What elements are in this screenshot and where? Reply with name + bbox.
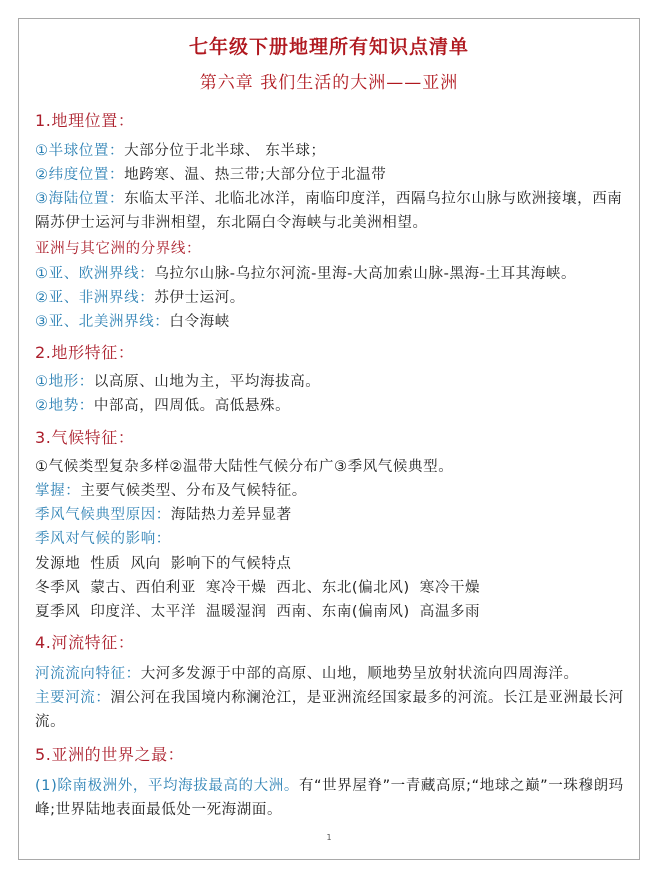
- climate-summary: ①气候类型复杂多样②温带大陆性气候分布广③季风气候典型。: [35, 455, 625, 479]
- list-item-landform: ①地形：以高原、山地为主，平均海拔高。: [35, 370, 625, 394]
- item-text: 主要气候类型、分布及气候特征。: [80, 483, 307, 499]
- item-label: ②纬度位置：: [35, 167, 124, 183]
- page-number: 1: [19, 833, 639, 842]
- table-header-cell: 发源地: [35, 552, 80, 576]
- document-title: 七年级下册地理所有知识点清单: [19, 33, 639, 61]
- item-text: 湄公河在我国境内称澜沧江，是亚洲流经国家最多的河流。长江是亚洲最长河流。: [35, 690, 624, 730]
- table-cell: 冬季风: [35, 576, 80, 600]
- table-header-cell: 风向: [131, 552, 161, 576]
- item-text: 中部高，四周低。高低悬殊。: [94, 398, 290, 414]
- item-label: ②亚、非洲界线：: [35, 290, 154, 306]
- boundary-heading-text: 亚洲与其它洲的分界线：: [35, 241, 201, 257]
- list-item-sea-land: ③海陆位置：东临太平洋、北临北冰洋，南临印度洋，西隔乌拉尔山脉与欧洲接壤，西南隔…: [35, 187, 625, 235]
- item-label: ①地形：: [35, 374, 94, 390]
- item-text: 以高原、山地为主，平均海拔高。: [94, 374, 321, 390]
- item-text: 东临太平洋、北临北冰洋，南临印度洋，西隔乌拉尔山脉与欧洲接壤，西南隔苏伊士运河与…: [35, 191, 622, 231]
- item-text: 地跨寒、温、热三带;大部分位于北温带: [124, 167, 386, 183]
- table-cell: 西南、东南(偏南风): [276, 600, 409, 624]
- table-row: 冬季风蒙古、西伯利亚寒冷干燥西北、东北(偏北风)寒冷干燥: [35, 576, 625, 600]
- item-label: ②地势：: [35, 398, 94, 414]
- table-cell: 西北、东北(偏北风): [276, 576, 409, 600]
- section-heading-location: 1.地理位置：: [35, 108, 134, 134]
- list-item-relief: ②地势：中部高，四周低。高低悬殊。: [35, 394, 625, 418]
- table-row: 夏季风印度洋、太平洋温暖湿润西南、东南(偏南风)高温多雨: [35, 600, 625, 624]
- table-cell: 寒冷干燥: [206, 576, 266, 600]
- item-label: 掌握：: [35, 483, 80, 499]
- item-text: 乌拉尔山脉-乌拉尔河流-里海-大高加索山脉-黑海-土耳其海峡。: [154, 266, 576, 282]
- table-cell: 印度洋、太平洋: [90, 600, 196, 624]
- table-header-cell: 性质: [90, 552, 120, 576]
- item-label: 季风气候典型原因：: [35, 507, 171, 523]
- list-item-highest-continent: (1)除南极洲外，平均海拔最高的大洲。有“世界屋脊”一青藏高原;“地球之巅”一珠…: [35, 774, 625, 822]
- item-label: (1)除南极洲外，平均海拔最高的大洲。: [35, 778, 299, 794]
- table-cell: 寒冷干燥: [420, 576, 480, 600]
- item-text: 海陆热力差异显著: [171, 507, 292, 523]
- table-header-cell: 影响下的气候特点: [171, 552, 292, 576]
- list-item-latitude: ②纬度位置：地跨寒、温、热三带;大部分位于北温带: [35, 163, 625, 187]
- item-label: 河流流向特征：: [35, 666, 141, 682]
- section-heading-climate: 3.气候特征：: [35, 425, 134, 451]
- monsoon-effect-label: 季风对气候的影响：: [35, 527, 625, 551]
- section-heading-world-records: 5.亚洲的世界之最：: [35, 742, 184, 768]
- item-text: 白令海峡: [169, 314, 229, 330]
- item-label: 主要河流：: [35, 690, 111, 706]
- list-item-asia-europe: ①亚、欧洲界线：乌拉尔山脉-乌拉尔河流-里海-大高加索山脉-黑海-土耳其海峡。: [35, 262, 625, 286]
- monsoon-table-header: 发源地性质风向影响下的气候特点: [35, 552, 625, 576]
- list-item-main-rivers: 主要河流：湄公河在我国境内称澜沧江，是亚洲流经国家最多的河流。长江是亚洲最长河流…: [35, 686, 625, 734]
- list-item-master: 掌握：主要气候类型、分布及气候特征。: [35, 479, 625, 503]
- item-text: 大河多发源于中部的高原、山地，顺地势呈放射状流向四周海洋。: [141, 666, 579, 682]
- chapter-subtitle: 第六章 我们生活的大洲——亚洲: [19, 70, 639, 96]
- section-heading-terrain: 2.地形特征：: [35, 340, 134, 366]
- item-label: ①亚、欧洲界线：: [35, 266, 154, 282]
- item-text: 大部分位于北半球、 东半球；: [124, 143, 326, 159]
- boundary-subheading: 亚洲与其它洲的分界线：: [35, 237, 625, 261]
- item-label: ③亚、北美洲界线：: [35, 314, 169, 330]
- list-item-river-flow: 河流流向特征：大河多发源于中部的高原、山地，顺地势呈放射状流向四周海洋。: [35, 662, 625, 686]
- document-page: 七年级下册地理所有知识点清单 第六章 我们生活的大洲——亚洲 1.地理位置： ①…: [18, 18, 640, 860]
- table-cell: 夏季风: [35, 600, 80, 624]
- list-item-asia-north-america: ③亚、北美洲界线：白令海峡: [35, 310, 625, 334]
- item-label: ①半球位置：: [35, 143, 124, 159]
- table-cell: 高温多雨: [420, 600, 480, 624]
- section-heading-rivers: 4.河流特征：: [35, 630, 134, 656]
- list-item-asia-africa: ②亚、非洲界线：苏伊士运河。: [35, 286, 625, 310]
- table-cell: 温暖湿润: [206, 600, 266, 624]
- table-cell: 蒙古、西伯利亚: [90, 576, 196, 600]
- list-item-monsoon-reason: 季风气候典型原因：海陆热力差异显著: [35, 503, 625, 527]
- item-text: 苏伊士运河。: [154, 290, 245, 306]
- item-label: ③海陆位置：: [35, 191, 124, 207]
- monsoon-label-text: 季风对气候的影响：: [35, 531, 171, 547]
- list-item-hemisphere: ①半球位置：大部分位于北半球、 东半球；: [35, 139, 625, 163]
